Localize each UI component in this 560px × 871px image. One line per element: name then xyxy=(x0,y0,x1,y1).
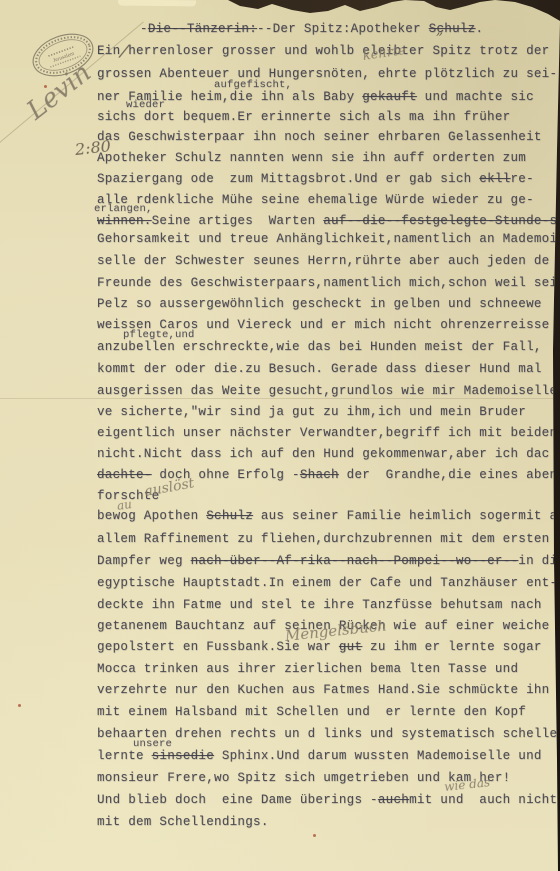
typed-text: egyptische Hauptstadt.In einem der Cafe … xyxy=(97,576,557,590)
ink-speck xyxy=(44,85,47,88)
typed-line: Freunde des Geschwisterpaars,namentlich … xyxy=(97,276,560,290)
typed-text: nicht.Nicht dass ich auf den Hund gekomm… xyxy=(97,447,549,461)
typed-text: und machte sic xyxy=(417,90,534,104)
pencil-annotation: au xyxy=(116,497,133,513)
typed-line: Apotheker Schulz nannten wenn sie ihn au… xyxy=(97,151,526,165)
typed-line: ve sicherte,"wir sind ja gut zu ihm,ich … xyxy=(97,405,526,419)
typed-text: sichs dort bequem.Er erinnerte sich als … xyxy=(97,110,510,124)
ink-speck xyxy=(18,704,21,707)
typed-text: eigentlich unser nächster Verwandter,beg… xyxy=(97,426,557,440)
struck-text: sinsedie xyxy=(152,749,214,763)
typed-line: Gehorsamkeit und treue Anhänglichkeit,na… xyxy=(97,232,560,246)
typed-text: bewog Apothen xyxy=(97,509,206,523)
typed-line: Mocca trinken aus ihrer zierlichen bema … xyxy=(97,662,518,676)
struck-text: dachte- xyxy=(97,468,152,482)
typed-text: Seine artiges Warten xyxy=(152,214,324,228)
typed-text: mit einem Halsband mit Schellen und er l… xyxy=(97,705,526,719)
typed-line: sichs dort bequem.Er erinnerte sich als … xyxy=(97,110,510,124)
typed-insertion: pflegte,und xyxy=(123,329,195,341)
typed-text: Ein herrenloser grosser und wohlb eleibt… xyxy=(97,44,549,58)
typed-text: verzehrte nur den Kuchen aus Fatmes Hand… xyxy=(97,683,549,697)
typed-text: - xyxy=(140,22,148,36)
typed-line: anzubellen erschreckte,wie das bei Hunde… xyxy=(97,340,542,354)
typed-text: alle rdenkliche Mühe seine ehemalige Wür… xyxy=(97,193,534,207)
typed-text: Sphinx.Und darum wussten Mademoiselle un… xyxy=(214,749,542,763)
struck-text: Shach xyxy=(300,468,339,482)
struck-text: Die--Tänzerin: xyxy=(148,22,257,36)
typed-text: der Grandhe,die eines abends xyxy=(339,468,560,482)
pencil-annotation: 2:80 xyxy=(74,136,112,159)
typed-line: deckte ihn Fatme und stel te ihre Tanzfü… xyxy=(97,598,542,612)
typed-text xyxy=(421,22,429,36)
typed-line: Pelz so aussergewöhnlich gescheckt in ge… xyxy=(97,297,542,311)
struck-text: auf--die--festgelegte-Stunde-sein xyxy=(323,214,560,228)
typed-text: Spaziergang ode zum Mittagsbrot.Und er g… xyxy=(97,172,479,186)
struck-text: auch xyxy=(378,793,409,807)
typed-text: das Geschwisterpaar ihn noch seiner ehrb… xyxy=(97,130,542,144)
typed-text: allem Raffinement zu fliehen,durchzubren… xyxy=(97,532,549,546)
paper-sheet: Jerusalem -Die--Tänzerin:--Der Spitz:Apo… xyxy=(0,0,560,871)
typed-line: Ein herrenloser grosser und wohlb eleibt… xyxy=(97,44,549,58)
typed-line: lernte sinsedie Sphinx.Und darum wussten… xyxy=(97,749,542,763)
typed-text: anzubellen erschreckte,wie das bei Hunde… xyxy=(97,340,542,354)
typed-text: Gehorsamkeit und treue Anhänglichkeit,na… xyxy=(97,232,560,246)
typed-text: in die xyxy=(518,554,560,568)
typed-line: egyptische Hauptstadt.In einem der Cafe … xyxy=(97,576,557,590)
struck-text: ekll xyxy=(479,172,510,186)
typed-line: mit einem Halsband mit Schellen und er l… xyxy=(97,705,526,719)
typed-line: mit dem Schellendings. xyxy=(97,815,269,829)
typed-line: verzehrte nur den Kuchen aus Fatmes Hand… xyxy=(97,683,549,697)
typed-line: allem Raffinement zu fliehen,durchzubren… xyxy=(97,532,549,546)
typewritten-text-block: -Die--Tänzerin:--Der Spitz:Apotheker Sch… xyxy=(0,0,560,871)
struck-text: gut xyxy=(339,640,362,654)
typed-line: alle rdenkliche Mühe seine ehemalige Wür… xyxy=(97,193,534,207)
typed-text: selle der Schwester seunes Herrn,rührte … xyxy=(97,254,549,268)
typed-line: ausgerissen das Weite gesucht,grundlos w… xyxy=(97,384,557,398)
typed-line: kommt der oder die.zu Besuch. Gerade das… xyxy=(97,362,542,376)
struck-text: gekauft xyxy=(362,90,417,104)
typed-text: grossen Abenteuer und Hungersnöten, ehrt… xyxy=(97,67,557,81)
typed-insertion: erlangen, xyxy=(94,203,153,215)
struck-text: winnen. xyxy=(97,214,152,228)
typed-line: Spaziergang ode zum Mittagsbrot.Und er g… xyxy=(97,172,534,186)
struck-text: nach-über--Af-rika--nach--Pompei--wo--er… xyxy=(191,554,519,568)
typed-line: bewog Apothen Schulz aus seiner Familie … xyxy=(97,509,557,523)
typed-text: --Der Spitz:Apotheker xyxy=(257,22,421,36)
typed-text: Dampfer weg xyxy=(97,554,191,568)
typed-text: zu ihm er lernte sogar xyxy=(362,640,541,654)
typed-text: Apotheker Schulz nannten wenn sie ihn au… xyxy=(97,151,526,165)
typed-line: Und blieb doch eine Dame überings -auchm… xyxy=(97,793,557,807)
typed-line: gepolstert en Fussbank.Sie war gut zu ih… xyxy=(97,640,542,654)
typed-insertion: unsere xyxy=(133,738,172,750)
typed-text: mit dem Schellendings. xyxy=(97,815,269,829)
pencil-annotation: „ xyxy=(436,22,443,38)
typed-line: nicht.Nicht dass ich auf den Hund gekomm… xyxy=(97,447,549,461)
ink-speck xyxy=(313,834,316,837)
typed-text: Mocca trinken aus ihrer zierlichen bema … xyxy=(97,662,518,676)
scanned-manuscript: Jerusalem -Die--Tänzerin:--Der Spitz:Apo… xyxy=(0,0,560,871)
typed-line: selle der Schwester seunes Herrn,rührte … xyxy=(97,254,549,268)
typed-insertion: wieder xyxy=(126,99,165,111)
typed-text: re- xyxy=(510,172,533,186)
typed-text: ve sicherte,"wir sind ja gut zu ihm,ich … xyxy=(97,405,526,419)
typed-insertion: aufgefischt, xyxy=(214,79,292,91)
typed-text: Pelz so aussergewöhnlich gescheckt in ge… xyxy=(97,297,542,311)
typed-line: eigentlich unser nächster Verwandter,beg… xyxy=(97,426,557,440)
typed-line: das Geschwisterpaar ihn noch seiner ehrb… xyxy=(97,130,542,144)
typed-line: winnen.Seine artiges Warten auf--die--fe… xyxy=(97,214,560,228)
typed-text: . xyxy=(475,22,483,36)
typed-text: Und blieb doch eine Dame überings - xyxy=(97,793,378,807)
typed-text: deckte ihn Fatme und stel te ihre Tanzfü… xyxy=(97,598,542,612)
typed-text: lernte xyxy=(97,749,152,763)
typed-text: mit und auch nicht xyxy=(409,793,557,807)
typed-text: aus seiner Familie heimlich sogermit a xyxy=(253,509,557,523)
typed-text: Freunde des Geschwisterpaars,namentlich … xyxy=(97,276,560,290)
typed-line: Dampfer weg nach-über--Af-rika--nach--Po… xyxy=(97,554,560,568)
typed-text: kommt der oder die.zu Besuch. Gerade das… xyxy=(97,362,542,376)
typed-text: ausgerissen das Weite gesucht,grundlos w… xyxy=(97,384,557,398)
typed-line: grossen Abenteuer und Hungersnöten, ehrt… xyxy=(97,67,557,81)
typed-line: -Die--Tänzerin:--Der Spitz:Apotheker Sch… xyxy=(140,22,483,36)
struck-text: Schulz xyxy=(206,509,253,523)
